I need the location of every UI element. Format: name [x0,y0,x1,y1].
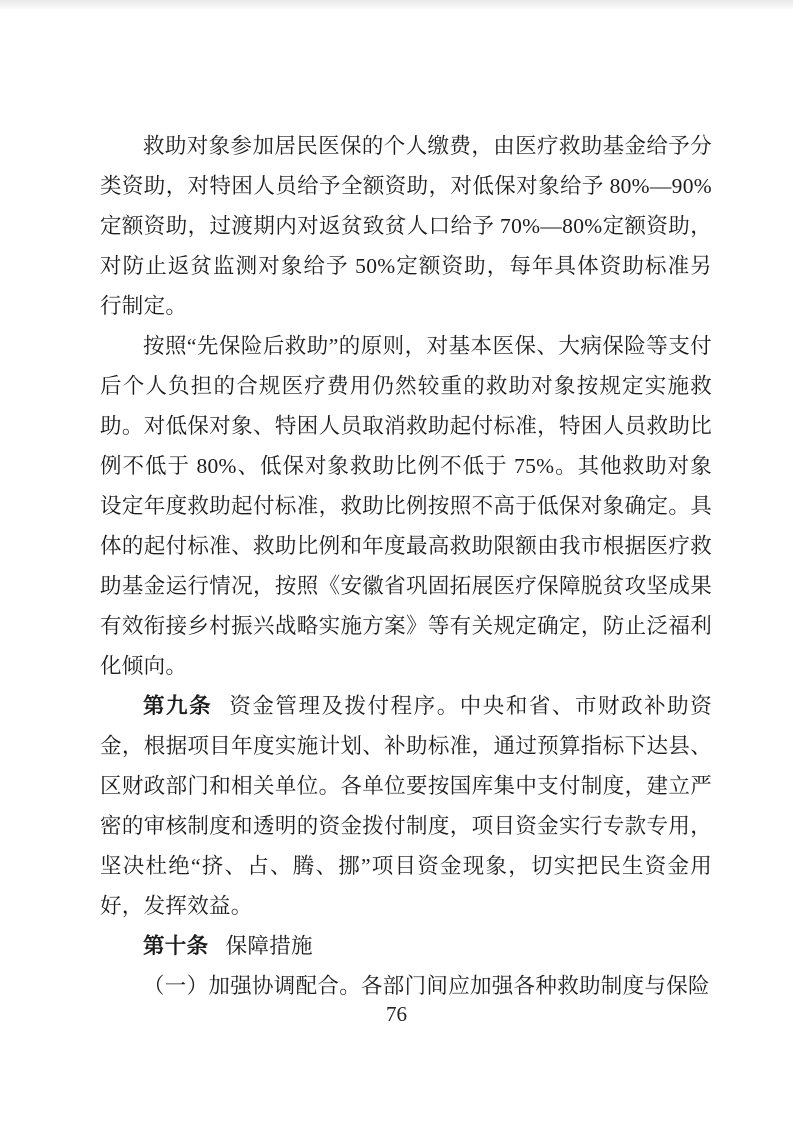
page-footer: 76 [0,1000,793,1028]
page-number: 76 [386,1002,407,1026]
paragraph-insurance-first-principle: 按照“先保险后救助”的原则，对基本医保、大病保险等支付后个人负担的合规医疗费用仍… [100,326,712,686]
paragraph-article-9: 第九条资金管理及拨付程序。中央和省、市财政补助资金，根据项目年度实施计划、补助标… [100,686,712,926]
paragraph-article-10: 第十条保障措施 [100,926,712,966]
article-9-number: 第九条 [143,694,212,718]
paragraph-text: 按照“先保险后救助”的原则，对基本医保、大病保险等支付后个人负担的合规医疗费用仍… [100,334,712,678]
paragraph-text: （一）加强协调配合。各部门间应加强各种救助制度与保险 [143,974,710,998]
scan-top-edge [0,0,793,9]
document-body: 救助对象参加居民医保的个人缴费，由医疗救助基金给予分类资助，对特困人员给予全额资… [100,126,712,1006]
paragraph-funding-assistance: 救助对象参加居民医保的个人缴费，由医疗救助基金给予分类资助，对特困人员给予全额资… [100,126,712,326]
article-10-number: 第十条 [143,934,208,958]
paragraph-text: 保障措施 [226,934,313,958]
paragraph-text: 救助对象参加居民医保的个人缴费，由医疗救助基金给予分类资助，对特困人员给予全额资… [100,134,712,318]
document-page: 救助对象参加居民医保的个人缴费，由医疗救助基金给予分类资助，对特困人员给予全额资… [0,0,793,1122]
paragraph-text: 资金管理及拨付程序。中央和省、市财政补助资金，根据项目年度实施计划、补助标准，通… [100,694,712,918]
